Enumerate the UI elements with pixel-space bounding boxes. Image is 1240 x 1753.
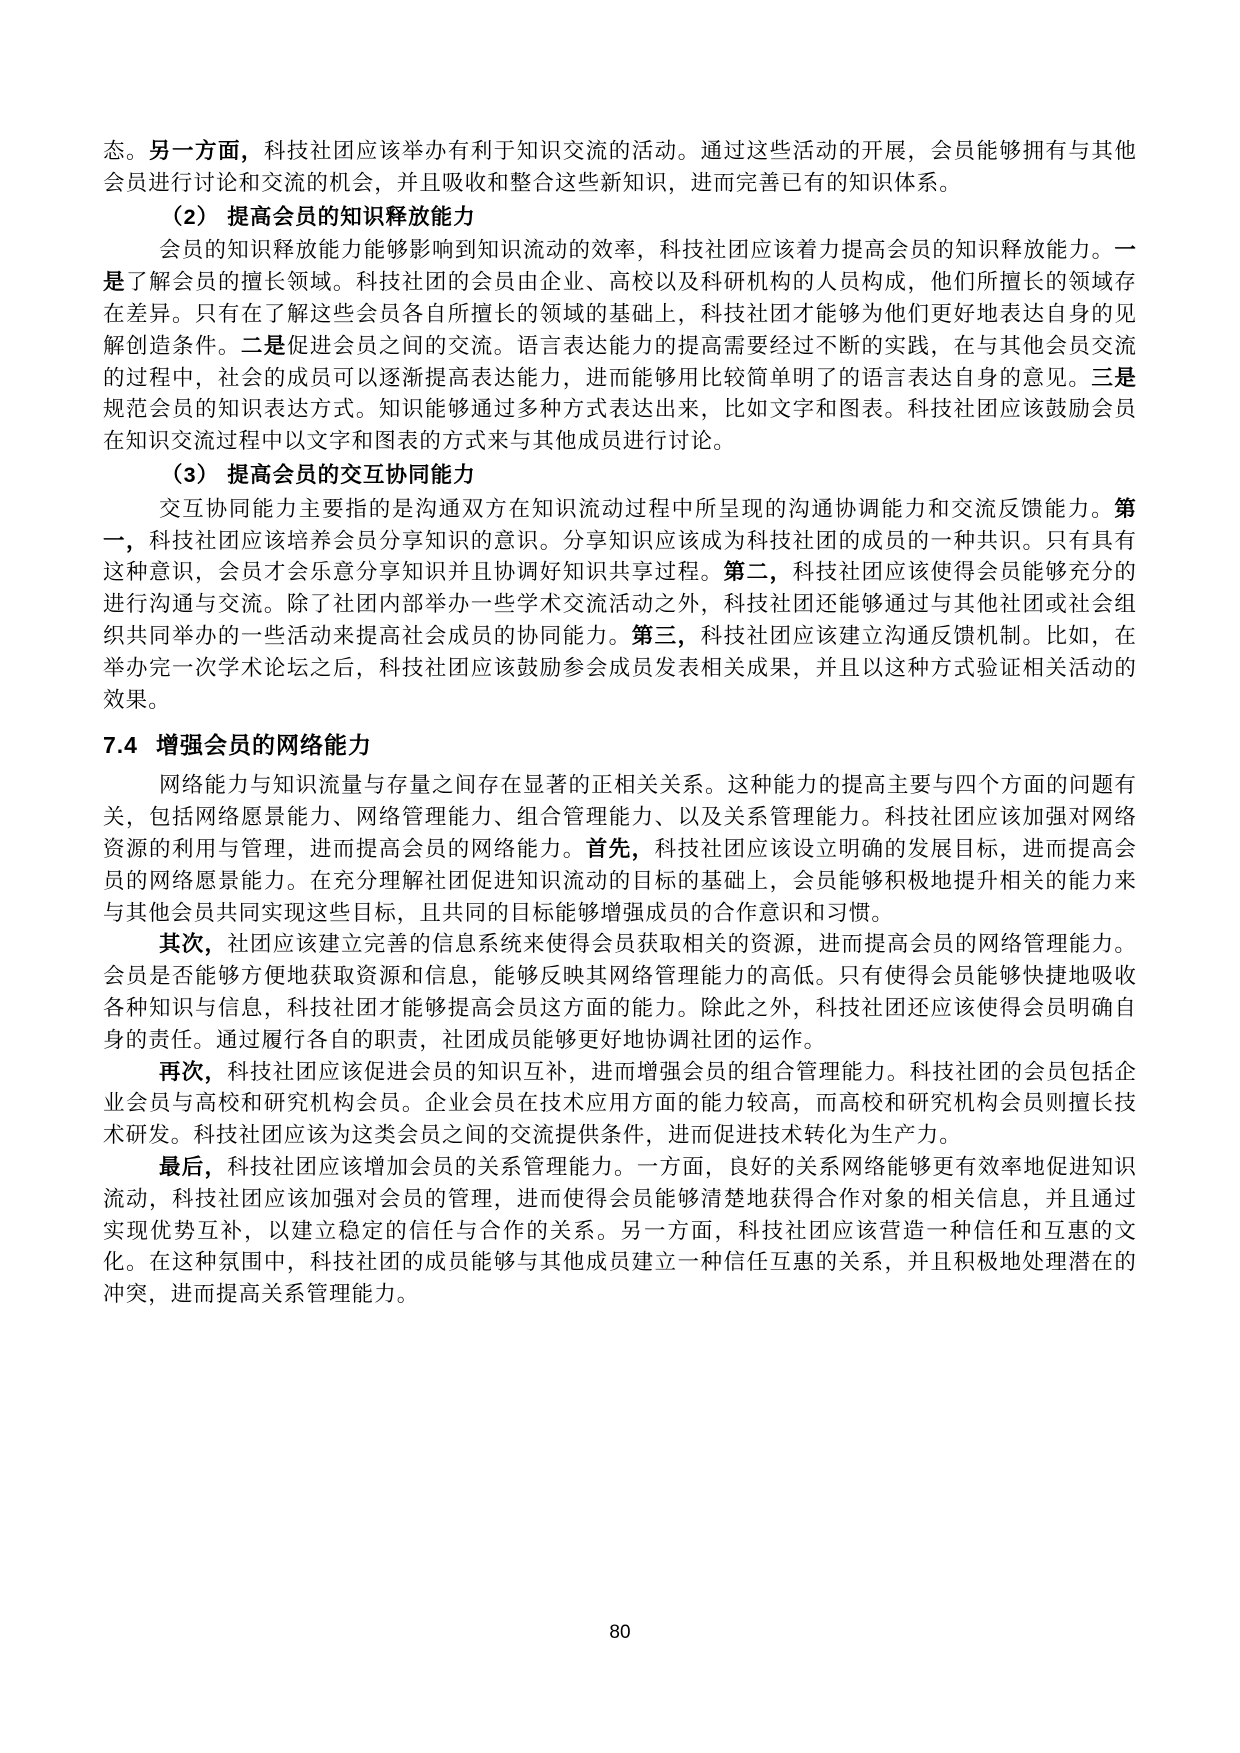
subsection-title: 提高会员的交互协同能力 xyxy=(227,463,476,487)
paragraph: 交互协同能力主要指的是沟通双方在知识流动过程中所呈现的沟通协调能力和交流反馈能力… xyxy=(103,494,1137,717)
emphasis-text: 一是 xyxy=(103,238,1137,294)
emphasis-text: 二是 xyxy=(241,334,287,358)
emphasis-text: 最后， xyxy=(159,1155,227,1179)
paragraph: 其次，社团应该建立完善的信息系统来使得会员获取相关的资源，进而提高会员的网络管理… xyxy=(103,929,1137,1056)
emphasis-text: 第三， xyxy=(632,624,701,648)
paragraph: 会员的知识释放能力能够影响到知识流动的效率，科技社团应该着力提高会员的知识释放能… xyxy=(103,235,1137,458)
document-content: 态。另一方面，科技社团应该举办有利于知识交流的活动。通过这些活动的开展，会员能够… xyxy=(103,136,1137,1311)
emphasis-text: 三是 xyxy=(1091,366,1137,390)
subsection-number: （3） xyxy=(161,463,219,487)
paragraph: 最后，科技社团应该增加会员的关系管理能力。一方面，良好的关系网络能够更有效率地促… xyxy=(103,1152,1137,1311)
subsection-title: 提高会员的知识释放能力 xyxy=(227,205,476,229)
emphasis-text: 另一方面， xyxy=(149,139,264,163)
page-footer: 80 xyxy=(0,1622,1240,1644)
emphasis-text: 再次， xyxy=(159,1060,227,1084)
page-number: 80 xyxy=(609,1622,630,1643)
section-number: 7.4 xyxy=(103,732,138,758)
section-title: 增强会员的网络能力 xyxy=(156,732,372,758)
subsection-heading: （2）提高会员的知识释放能力 xyxy=(103,202,1137,234)
emphasis-text: 首先， xyxy=(586,837,655,861)
emphasis-text: 第一， xyxy=(103,497,1137,553)
paragraph: 再次，科技社团应该促进会员的知识互补，进而增强会员的组合管理能力。科技社团的会员… xyxy=(103,1057,1137,1152)
subsection-heading: （3）提高会员的交互协同能力 xyxy=(103,460,1137,492)
emphasis-text: 第二， xyxy=(724,560,793,584)
section-heading: 7.4增强会员的网络能力 xyxy=(103,729,1137,761)
emphasis-text: 其次， xyxy=(159,932,227,956)
subsection-number: （2） xyxy=(161,205,219,229)
document-page: 态。另一方面，科技社团应该举办有利于知识交流的活动。通过这些活动的开展，会员能够… xyxy=(0,0,1240,1753)
paragraph: 网络能力与知识流量与存量之间存在显著的正相关关系。这种能力的提高主要与四个方面的… xyxy=(103,770,1137,929)
paragraph: 态。另一方面，科技社团应该举办有利于知识交流的活动。通过这些活动的开展，会员能够… xyxy=(103,136,1137,200)
